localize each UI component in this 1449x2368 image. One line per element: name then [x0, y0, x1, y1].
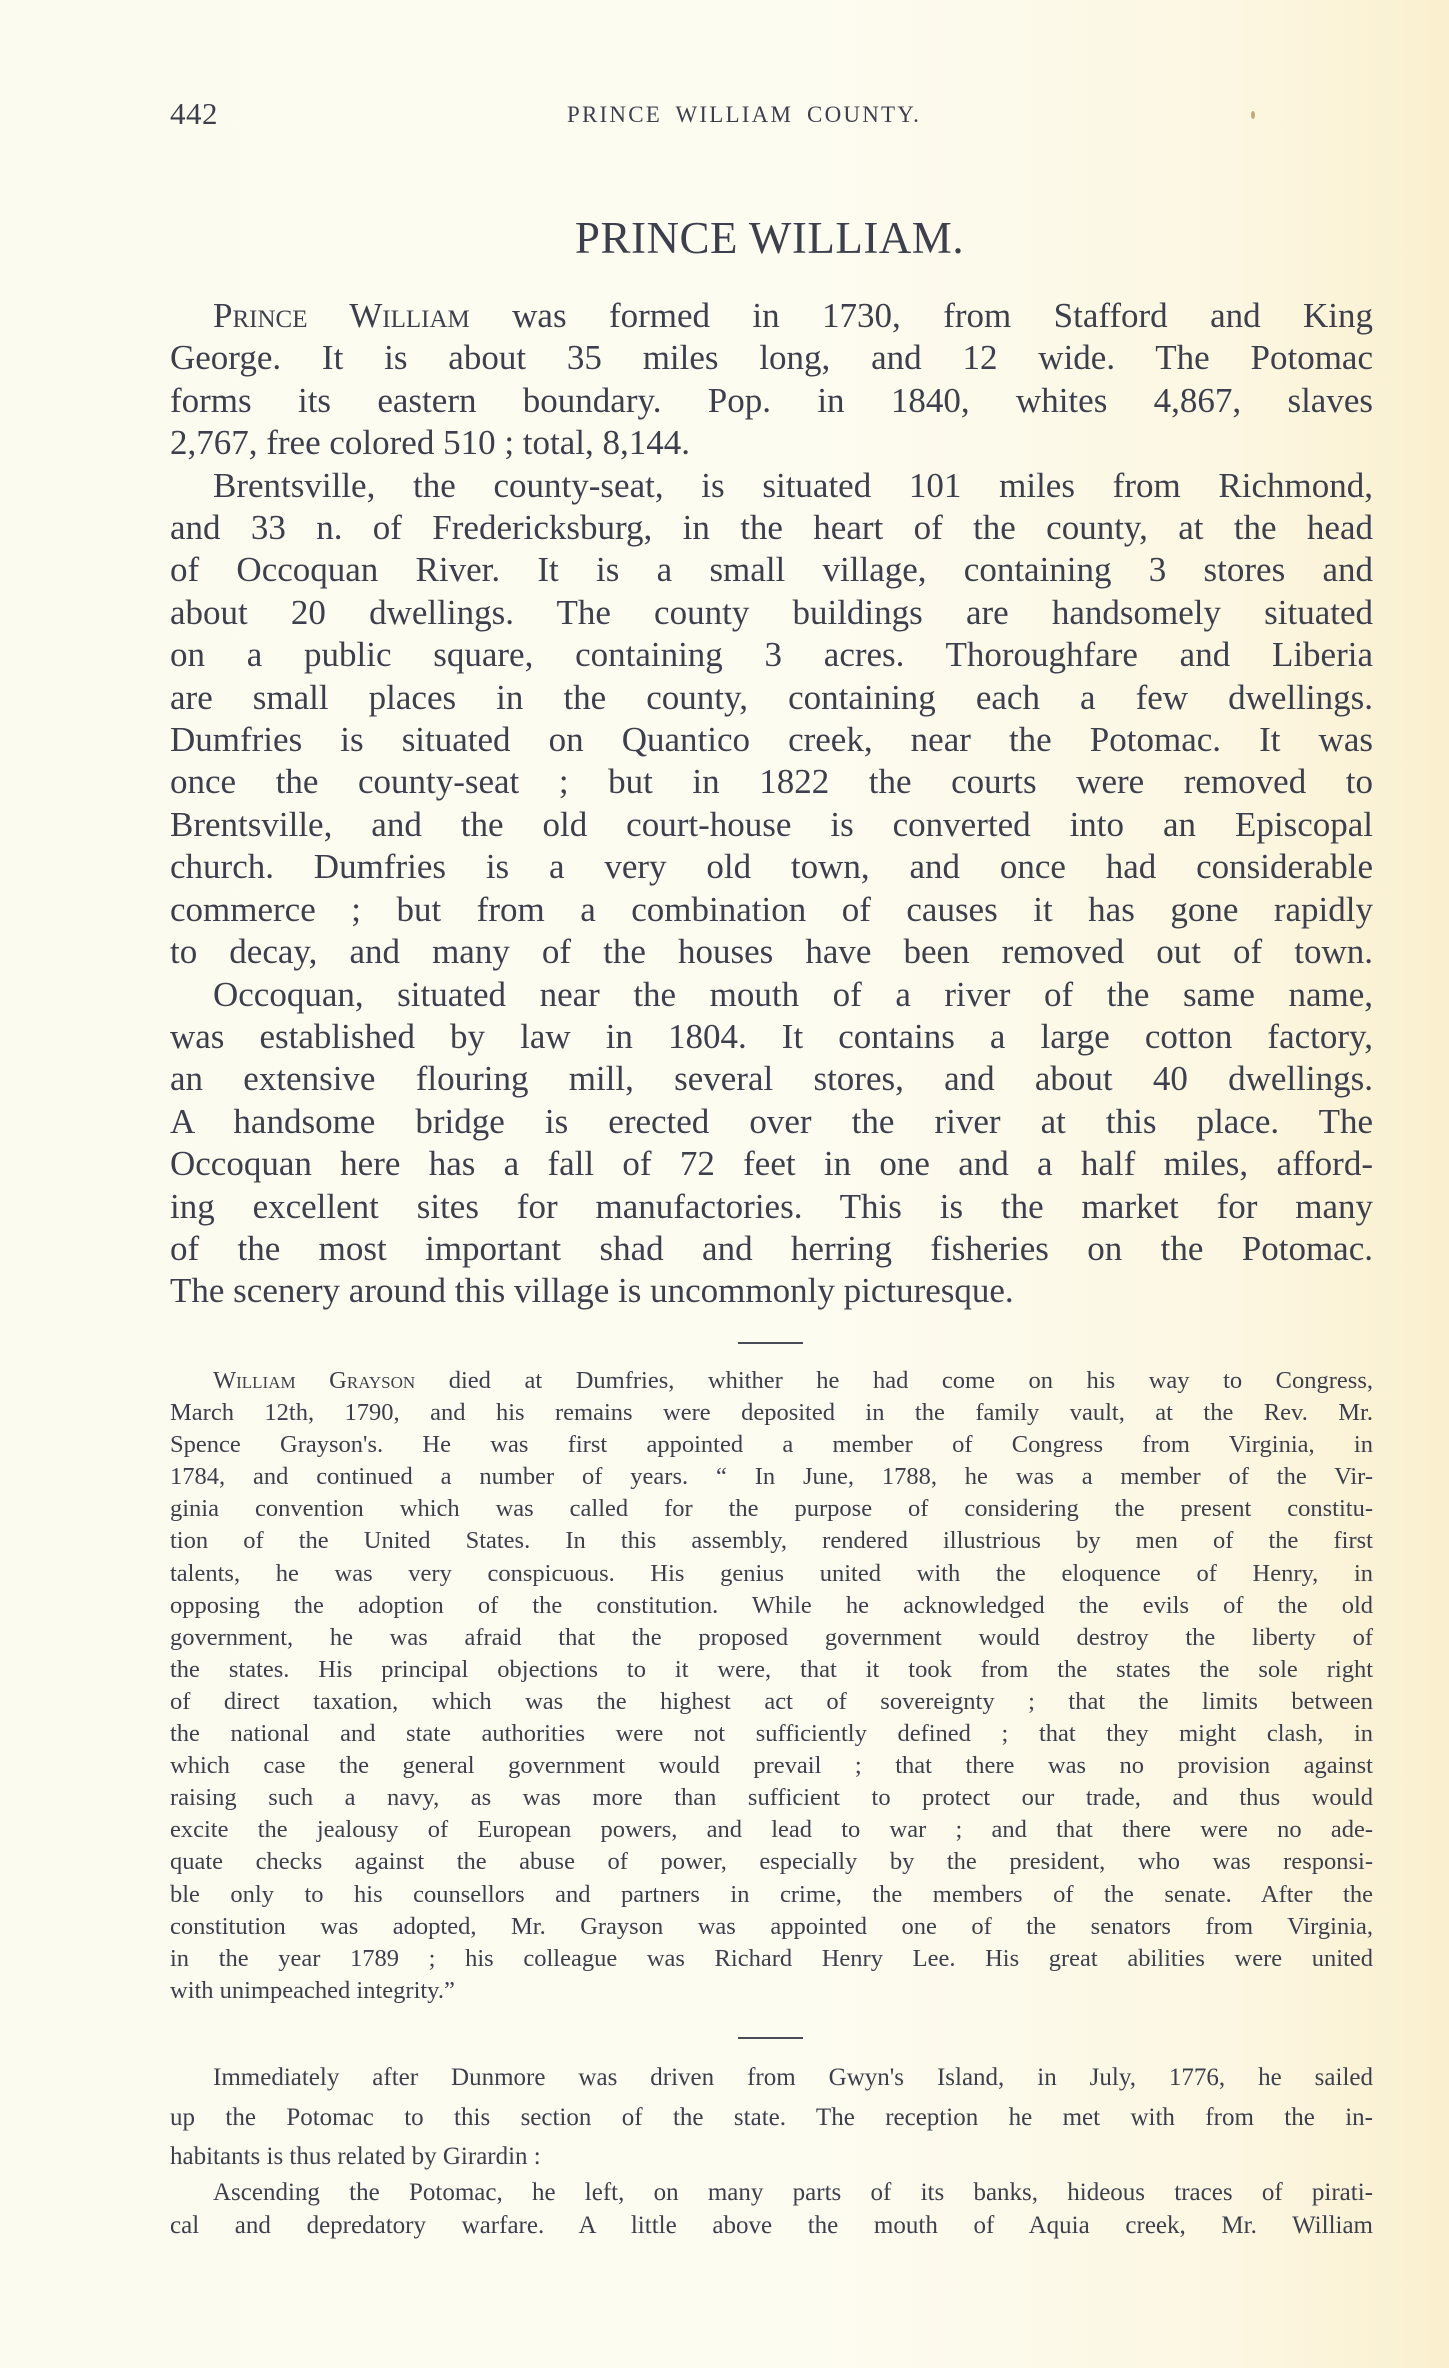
text-line: church. Dumfries is a very old town, and… — [170, 846, 1373, 888]
text-line: Ascending the Potomac, he left, on many … — [170, 2176, 1373, 2209]
section-divider — [738, 1342, 803, 1344]
chapter-title: PRINCE WILLIAM. — [0, 212, 1449, 264]
running-head: 442 PRINCE WILLIAM COUNTY. — [170, 96, 1373, 132]
text-line: ble only to his counsellors and partners… — [170, 1879, 1373, 1911]
text-line: an extensive flouring mill, several stor… — [170, 1058, 1373, 1100]
lead-name: Prince William — [213, 296, 470, 335]
text-line: once the county-seat ; but in 1822 the c… — [170, 761, 1373, 803]
text-line: of direct taxation, which was the highes… — [170, 1686, 1373, 1718]
text-line: 2,767, free colored 510 ; total, 8,144. — [170, 422, 1373, 464]
paragraph-formation: Prince William was formed in 1730, from … — [170, 295, 1373, 465]
paragraph-brentsville: Brentsville, the county-seat, is situate… — [170, 465, 1373, 974]
text-line: talents, he was very conspicuous. His ge… — [170, 1558, 1373, 1590]
girardin-quote: Ascending the Potomac, he left, on many … — [170, 2176, 1373, 2242]
paragraph-occoquan: Occoquan, situated near the mouth of a r… — [170, 974, 1373, 1313]
text-line: of Occoquan River. It is a small village… — [170, 549, 1373, 591]
text-line: on a public square, containing 3 acres. … — [170, 634, 1373, 676]
text-line: William Grayson died at Dumfries, whithe… — [170, 1365, 1373, 1397]
text-line: with unimpeached integrity.” — [170, 1975, 1373, 2007]
text-line: Brentsville, the county-seat, is situate… — [170, 465, 1373, 507]
text-line: cal and depredatory warfare. A little ab… — [170, 2209, 1373, 2242]
text-line: habitants is thus related by Girardin : — [170, 2137, 1373, 2177]
text-line: government, he was afraid that the propo… — [170, 1622, 1373, 1654]
lead-name: William Grayson — [213, 1367, 415, 1394]
text-line: commerce ; but from a combination of cau… — [170, 889, 1373, 931]
text-line: Immediately after Dunmore was driven fro… — [170, 2058, 1373, 2098]
text-line: tion of the United States. In this assem… — [170, 1525, 1373, 1557]
text-line: which case the general government would … — [170, 1750, 1373, 1782]
text-line: Occoquan here has a fall of 72 feet in o… — [170, 1143, 1373, 1185]
text-line: raising such a navy, as was more than su… — [170, 1782, 1373, 1814]
grayson-biography: William Grayson died at Dumfries, whithe… — [170, 1365, 1373, 2007]
text-line: The scenery around this village is uncom… — [170, 1270, 1373, 1312]
text-line: Occoquan, situated near the mouth of a r… — [170, 974, 1373, 1016]
text-line: about 20 dwellings. The county buildings… — [170, 592, 1373, 634]
text-line: George. It is about 35 miles long, and 1… — [170, 337, 1373, 379]
section-divider — [738, 2037, 803, 2039]
text-line: and 33 n. of Fredericksburg, in the hear… — [170, 507, 1373, 549]
text-line: of the most important shad and herring f… — [170, 1228, 1373, 1270]
running-title: PRINCE WILLIAM COUNTY. — [567, 100, 921, 130]
text-line: Brentsville, and the old court-house is … — [170, 804, 1373, 846]
text-line: ing excellent sites for manufactories. T… — [170, 1186, 1373, 1228]
text-line: are small places in the county, containi… — [170, 677, 1373, 719]
main-text: Prince William was formed in 1730, from … — [170, 295, 1373, 1313]
text-line: March 12th, 1790, and his remains were d… — [170, 1397, 1373, 1429]
book-page: 442 PRINCE WILLIAM COUNTY. PRINCE WILLIA… — [0, 0, 1449, 2368]
text-line: was established by law in 1804. It conta… — [170, 1016, 1373, 1058]
text-line: Dumfries is situated on Quantico creek, … — [170, 719, 1373, 761]
text-line: Spence Grayson's. He was first appointed… — [170, 1429, 1373, 1461]
text-line: up the Potomac to this section of the st… — [170, 2098, 1373, 2138]
dunmore-narrative: Immediately after Dunmore was driven fro… — [170, 2058, 1373, 2177]
page-number: 442 — [170, 96, 218, 132]
text-line: excite the jealousy of European powers, … — [170, 1814, 1373, 1846]
text-line: the states. His principal objections to … — [170, 1654, 1373, 1686]
text-line: opposing the adoption of the constitutio… — [170, 1590, 1373, 1622]
text-line: 1784, and continued a number of years. “… — [170, 1461, 1373, 1493]
text-line: quate checks against the abuse of power,… — [170, 1846, 1373, 1878]
text-line: the national and state authorities were … — [170, 1718, 1373, 1750]
text-line: constitution was adopted, Mr. Grayson wa… — [170, 1911, 1373, 1943]
text-line: Prince William was formed in 1730, from … — [170, 295, 1373, 337]
text-line: to decay, and many of the houses have be… — [170, 931, 1373, 973]
text-line: A handsome bridge is erected over the ri… — [170, 1101, 1373, 1143]
text-line: ginia convention which was called for th… — [170, 1493, 1373, 1525]
text-line: forms its eastern boundary. Pop. in 1840… — [170, 380, 1373, 422]
text-line: in the year 1789 ; his colleague was Ric… — [170, 1943, 1373, 1975]
